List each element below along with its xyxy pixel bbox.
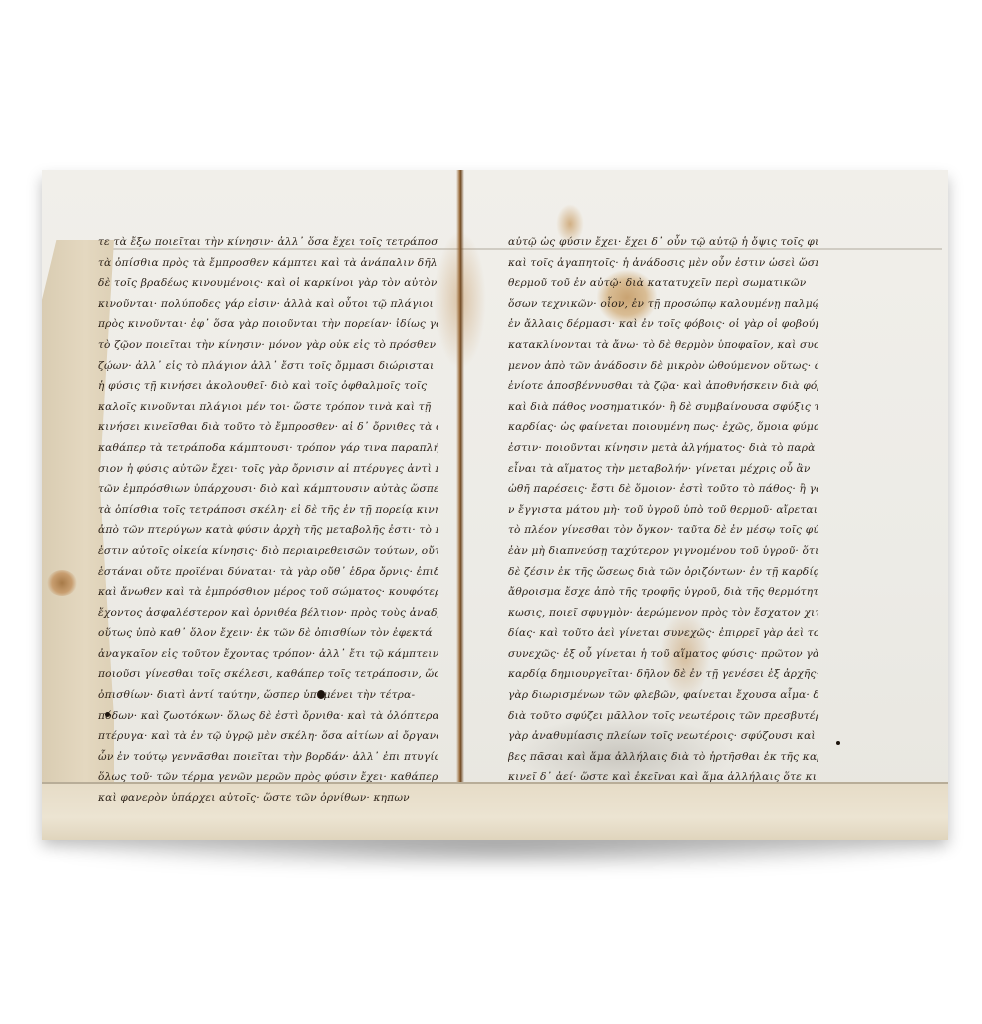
manuscript-line: κατακλίνονται τὰ ἄνω· τὸ δὲ θερμὸν ὑποφα…	[508, 335, 818, 356]
manuscript-line: ἡ φύσις τῇ κινήσει ἀκολουθεῖ· διὸ καὶ το…	[98, 376, 438, 397]
manuscript-line: τὸ ζῷον ποιεῖται τὴν κίνησιν· μόνον γὰρ …	[98, 335, 438, 356]
left-page-text: τε τὰ ἔξω ποιεῖται τὴν κίνησιν· ἀλλ᾽ ὅσα…	[98, 232, 438, 809]
manuscript-line: ὅσων τεχνικῶν· οἷον, ἐν τῇ προσώπῳ καλου…	[508, 294, 818, 315]
manuscript-line: καλοῖς κινοῦνται πλάγιοι μέν τοι· ὥστε τ…	[98, 397, 438, 418]
manuscript-line: δὲ ζέσιν ἐκ τῆς ὤσεως διὰ τῶν ὀριζόντων·…	[508, 562, 818, 583]
manuscript-line: ζῴων· ἀλλ᾽ εἰς τὸ πλάγιον ἀλλ᾽ ἔστι τοῖς…	[98, 356, 438, 377]
manuscript-line: εἶναι τὰ αἵματος τὴν μεταβολήν· γίνεται …	[508, 459, 818, 480]
manuscript-line: οὕτως ὑπὸ καθ᾽ ὅλον ἔχειν· ἐκ τῶν δὲ ὀπι…	[98, 623, 438, 644]
manuscript-line: ἐστιν· ποιοῦνται κίνησιν μετὰ ἀλγήματος·…	[508, 438, 818, 459]
manuscript-line: συνεχῶς· ἐξ οὗ γίνεται ἡ τοῦ αἵματος φύσ…	[508, 644, 818, 665]
manuscript-line: ἄθροισμα ἔσχε ἀπὸ τῆς τροφῆς ὑγροῦ, διὰ …	[508, 582, 818, 603]
manuscript-line: κινεῖ δ᾽ ἀεί· ὥστε καὶ ἐκεῖναι καὶ ἅμα ἀ…	[508, 767, 818, 788]
manuscript-line: ἐνίοτε ἀποσβέννυσθαι τὰ ζῷα· καὶ ἀποθνήσ…	[508, 376, 818, 397]
manuscript-line: καθάπερ τὰ τετράποδα κάμπτουσι· τρόπον γ…	[98, 438, 438, 459]
manuscript-line: ἔχοντος ἀσφαλέστερον καὶ ὀρνιθέα βέλτιον…	[98, 603, 438, 624]
manuscript-line: ὧν ἐν τούτῳ γεννᾶσθαι ποιεῖται τὴν βορδά…	[98, 747, 438, 768]
manuscript-line: καρδίας· ὡς φαίνεται ποιουμένη πως· ἐχῶς…	[508, 417, 818, 438]
manuscript-line: πτέρυγα· καὶ τὰ ἐν τῷ ὑγρῷ μὲν σκέλη· ὅσ…	[98, 726, 438, 747]
manuscript-line: σιον ἡ φύσις αὐτῶν ἔχει· τοῖς γὰρ ὄρνισι…	[98, 459, 438, 480]
manuscript-line: αὐτῷ ὡς φύσιν ἔχει· ἔχει δ᾽ οὖν τῷ αὐτῷ …	[508, 232, 818, 253]
manuscript-line: ποιοῦσι γίνεσθαι τοῖς σκέλεσι, καθάπερ τ…	[98, 664, 438, 685]
right-page-text: αὐτῷ ὡς φύσιν ἔχει· ἔχει δ᾽ οὖν τῷ αὐτῷ …	[508, 232, 818, 788]
manuscript-line: καρδίᾳ δημιουργεῖται· δῆλον δὲ ἐν τῇ γεν…	[508, 664, 818, 685]
manuscript-line: ὀπισθίων· διατὶ ἀντί ταύτην, ὥσπερ ὑπομέ…	[98, 685, 438, 706]
manuscript-line: γὰρ ἀναθυμίασις πλείων τοῖς νεωτέροις· σ…	[508, 726, 818, 747]
brown-stain	[47, 570, 77, 596]
manuscript-line: ἑστάναι οὔτε προϊέναι δύναται· τὰ γὰρ οὔ…	[98, 562, 438, 583]
manuscript-line: βες πᾶσαι καὶ ἅμα ἀλλήλαις διὰ τὸ ἠρτῆσθ…	[508, 747, 818, 768]
manuscript-line: τὸ πλέον γίνεσθαι τὸν ὄγκον· ταῦτα δὲ ἐν…	[508, 520, 818, 541]
manuscript-line: καὶ τοῖς ἀγαπητοῖς· ἡ ἀνάδοσις μὲν οὖν ἐ…	[508, 253, 818, 274]
manuscript-line: ν ἔγγιστα μάτου μὴ· τοῦ ὑγροῦ ὑπὸ τοῦ θε…	[508, 500, 818, 521]
manuscript-line: καὶ ἄνωθεν καὶ τὰ ἐμπρόσθιον μέρος τοῦ σ…	[98, 582, 438, 603]
manuscript-line: κινήσει κινεῖσθαι διὰ τοῦτο τὸ ἔμπροσθεν…	[98, 417, 438, 438]
manuscript-line: πρὸς κινοῦνται· ἐφ᾽ ὅσα γὰρ ποιοῦνται τὴ…	[98, 314, 438, 335]
manuscript-line: μενον ἀπὸ τῶν ἀνάδοσιν δὲ μικρὸν ὠθούμεν…	[508, 356, 818, 377]
ink-blot	[317, 690, 325, 699]
manuscript-line: ἐστιν αὐτοῖς οἰκεία κίνησις· διὸ περιαιρ…	[98, 541, 438, 562]
manuscript-line: τῶν ἐμπρόσθιων ὑπάρχουσι· διὸ καὶ κάμπτο…	[98, 479, 438, 500]
manuscript-line: δὲ τοῖς βραδέως κινουμένοις· καὶ οἱ καρκ…	[98, 273, 438, 294]
manuscript-line: ἐν ἄλλαις δέρμασι· καὶ ἐν τοῖς φόβοις· ο…	[508, 314, 818, 335]
manuscript-line: τὰ ὀπίσθια τοῖς τετράποσι σκέλη· εἰ δὲ τ…	[98, 500, 438, 521]
center-gutter	[456, 170, 464, 838]
manuscript-line: κωσις, ποιεῖ σφυγμὸν· ἀερώμενον πρὸς τὸν…	[508, 603, 818, 624]
manuscript-line: δίας· καὶ τοῦτο ἀεὶ γίνεται συνεχῶς· ἐπι…	[508, 623, 818, 644]
manuscript-line: γὰρ διωρισμένων τῶν φλεβῶν, φαίνεται ἔχο…	[508, 685, 818, 706]
manuscript-line: κινοῦνται· πολύποδες γάρ εἰσιν· ἀλλὰ καὶ…	[98, 294, 438, 315]
manuscript-line: καὶ διὰ πάθος νοσηματικόν· ἢ δὲ συμβαίνο…	[508, 397, 818, 418]
manuscript-line: τε τὰ ἔξω ποιεῖται τὴν κίνησιν· ἀλλ᾽ ὅσα…	[98, 232, 438, 253]
manuscript-line: ὠθῆ παρέσεις· ἔστι δὲ ὅμοιον· ἐστὶ τοῦτο…	[508, 479, 818, 500]
manuscript-line: ἀναγκαῖον εἰς τοῦτον ἔχοντας τρόπον· ἀλλ…	[98, 644, 438, 665]
manuscript-line: πόδων· καὶ ζωοτόκων· ὅλως δὲ ἐστὶ ὄρνιθα…	[98, 706, 438, 727]
ink-dot	[105, 712, 110, 717]
manuscript-line: τὰ ὀπίσθια πρὸς τὰ ἔμπροσθεν κάμπτει καὶ…	[98, 253, 438, 274]
ink-dot	[836, 741, 840, 745]
manuscript-line: ἐὰν μὴ διαπνεύσῃ ταχύτερον γιγνομένου το…	[508, 541, 818, 562]
manuscript-bifolio: τε τὰ ἔξω ποιεῖται τὴν κίνησιν· ἀλλ᾽ ὅσα…	[42, 170, 948, 838]
manuscript-line: ἀπὸ τῶν πτερύγων κατὰ φύσιν ἀρχὴ τῆς μετ…	[98, 520, 438, 541]
manuscript-line: καὶ φανερὸν ὑπάρχει αὐτοῖς· ὥστε τῶν ὀρν…	[98, 788, 438, 809]
manuscript-line: θερμοῦ τοῦ ἐν αὐτῷ· διὰ κατατυχεῖν περὶ …	[508, 273, 818, 294]
manuscript-line: ὅλως τοῦ· τῶν τέρμα γενῶν μερῶν πρὸς φύσ…	[98, 767, 438, 788]
manuscript-line: διὰ τοῦτο σφύζει μᾶλλον τοῖς νεωτέροις τ…	[508, 706, 818, 727]
